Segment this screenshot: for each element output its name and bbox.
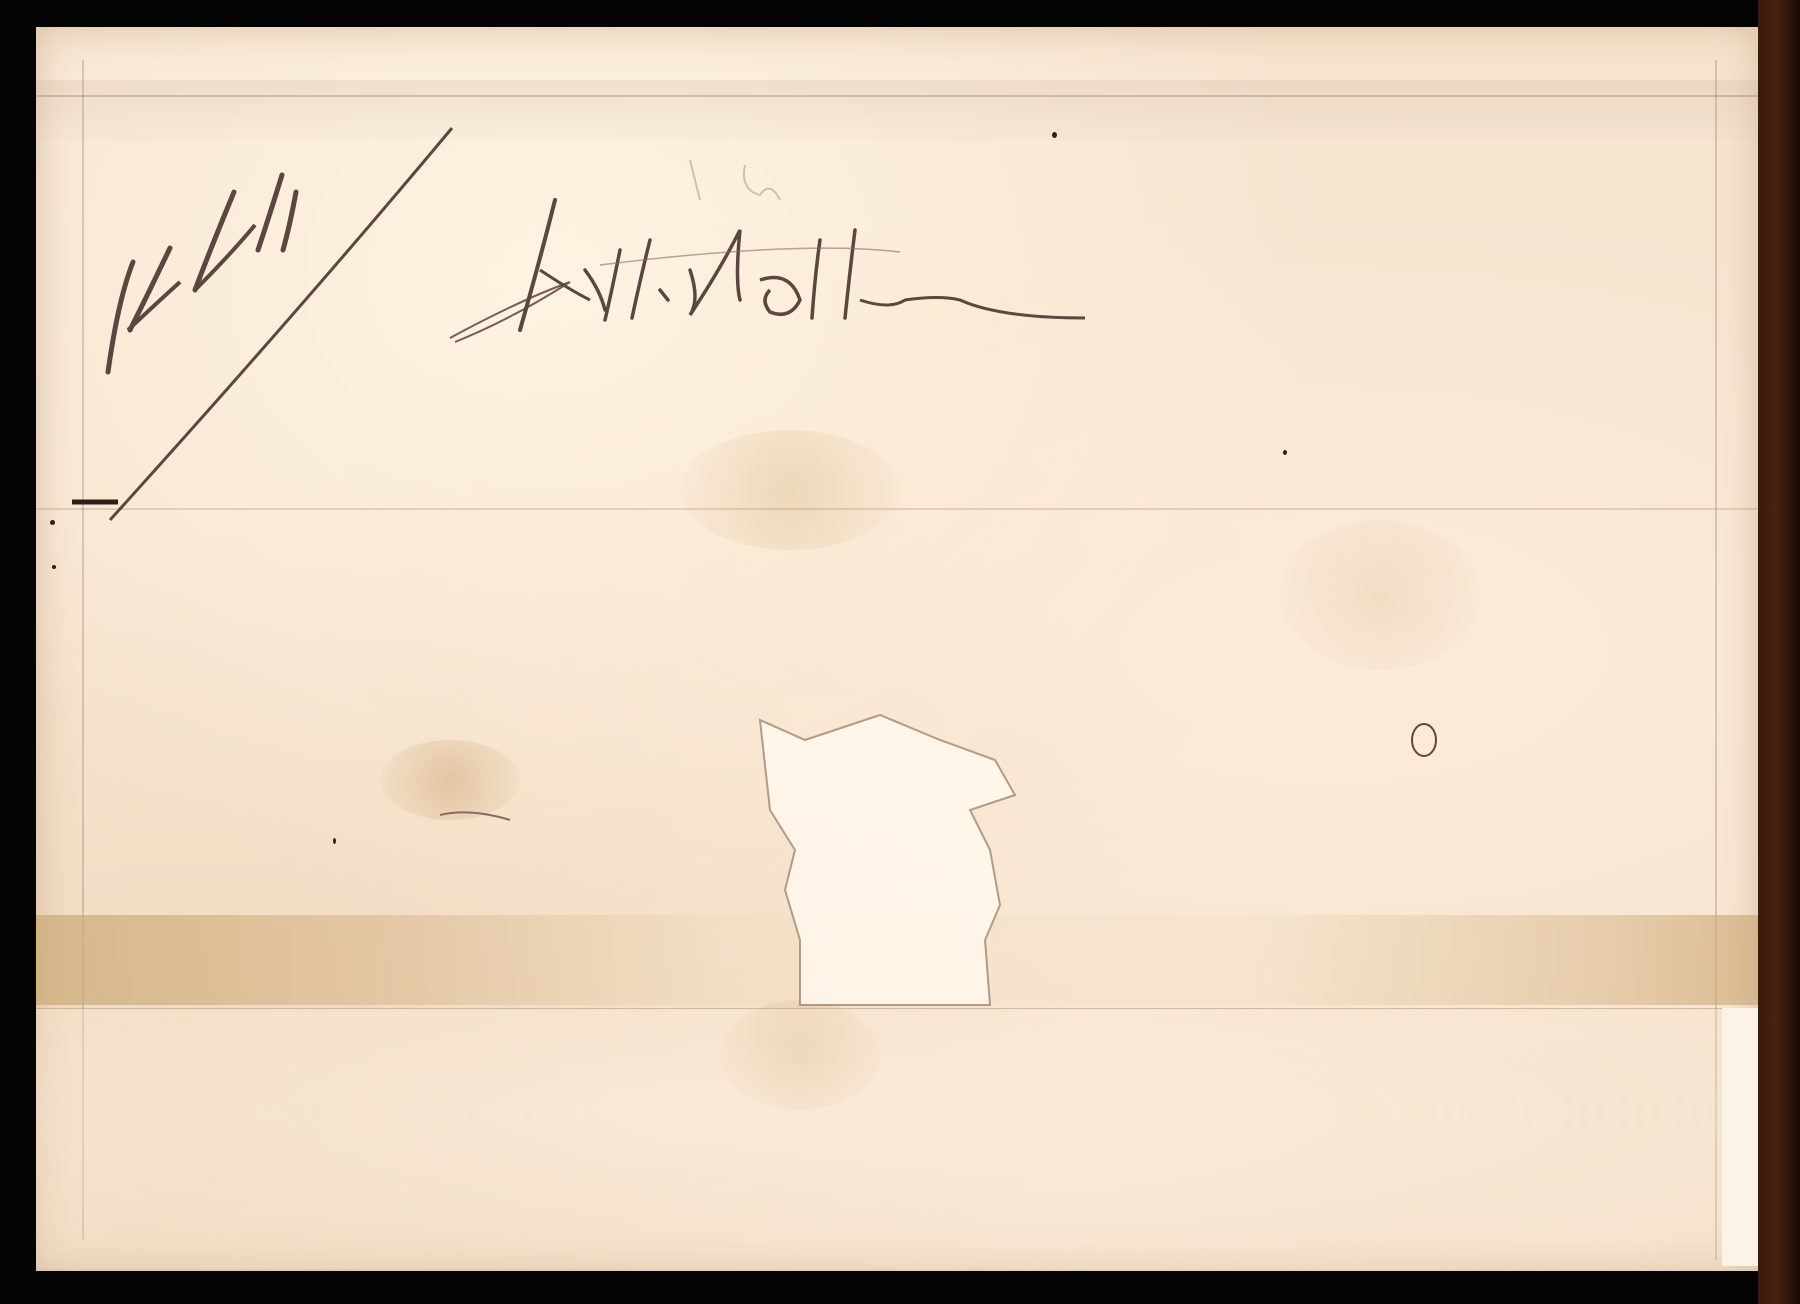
ink-speck [333,838,336,844]
ink-speck [50,520,55,525]
ink-speck [52,565,56,569]
ink-strokes [0,0,1800,1304]
ink-speck [1283,450,1287,455]
ink-speck [1052,132,1057,138]
